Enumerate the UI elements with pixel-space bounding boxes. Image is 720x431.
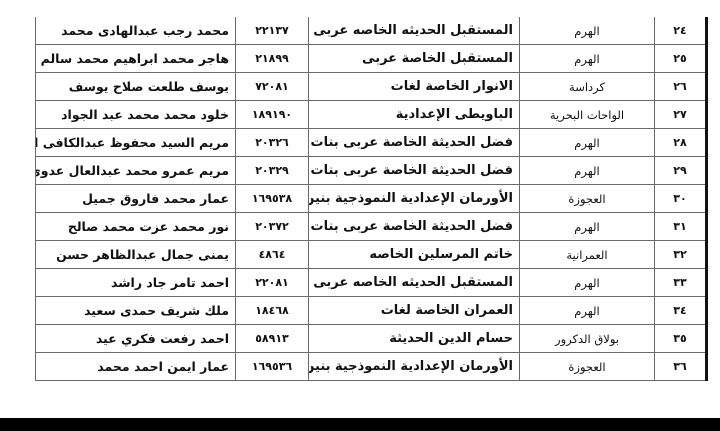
student-name-cell: خلود محمد محمد عبد الجواد: [36, 101, 236, 129]
seat-number-cell: ٧٢٠٨١: [236, 73, 309, 101]
table-row: ٢٦ كرداسة الانوار الخاصة لغات ٧٢٠٨١ يوسف…: [36, 73, 707, 101]
table-row: ٣٢ العمرانية خاتم المرسلين الخاصه ٤٨٦٤ ي…: [36, 241, 707, 269]
seat-number-cell: ٥٨٩١٣: [236, 325, 309, 353]
student-name-cell: محمد رجب عبدالهادى محمد: [36, 17, 236, 45]
row-index: ٣١: [655, 213, 707, 241]
row-index: ٢٥: [655, 45, 707, 73]
table-row: ٢٤ الهرم المستقبل الحديثه الخاصه عربى ٢٢…: [36, 17, 707, 45]
student-name-cell: يمنى جمال عبدالظاهر حسن: [36, 241, 236, 269]
seat-number-cell: ٢٠٣٢٦: [236, 129, 309, 157]
document-page: ٢٤ الهرم المستقبل الحديثه الخاصه عربى ٢٢…: [0, 0, 720, 418]
seat-number-cell: ٢٠٣٧٢: [236, 213, 309, 241]
area-cell: كرداسة: [520, 73, 655, 101]
area-cell: الهرم: [520, 129, 655, 157]
area-cell: العجوزة: [520, 353, 655, 381]
bottom-black-bar: [0, 418, 720, 431]
area-cell: بولاق الدكرور: [520, 325, 655, 353]
row-index: ٢٧: [655, 101, 707, 129]
school-cell: العمران الخاصة لغات: [309, 297, 520, 325]
row-index: ٣٣: [655, 269, 707, 297]
school-cell: فضل الحديثة الخاصة عربى بنات: [309, 213, 520, 241]
row-index: ٣٤: [655, 297, 707, 325]
table-row: ٣٥ بولاق الدكرور حسام الدين الحديثة ٥٨٩١…: [36, 325, 707, 353]
school-cell: فضل الحديثة الخاصة عربى بنات: [309, 157, 520, 185]
table-row: ٣٤ الهرم العمران الخاصة لغات ١٨٤٦٨ ملك ش…: [36, 297, 707, 325]
row-index: ٣٠: [655, 185, 707, 213]
student-name-cell: يوسف طلعت صلاح يوسف: [36, 73, 236, 101]
seat-number-cell: ٤٨٦٤: [236, 241, 309, 269]
student-name-cell: نور محمد عزت محمد صالح: [36, 213, 236, 241]
area-cell: الهرم: [520, 157, 655, 185]
row-index: ٢٤: [655, 17, 707, 45]
seat-number-cell: ٢٢٠٨١: [236, 269, 309, 297]
student-name-cell: احمد تامر جاد راشد: [36, 269, 236, 297]
student-name-cell: ملك شريف حمدى سعيد: [36, 297, 236, 325]
row-index: ٣٥: [655, 325, 707, 353]
student-name-cell: عمار محمد فاروق جميل: [36, 185, 236, 213]
seat-number-cell: ١٦٩٥٣٦: [236, 353, 309, 381]
area-cell: الواحات البحرية: [520, 101, 655, 129]
seat-number-cell: ١٨٤٦٨: [236, 297, 309, 325]
school-cell: المستقبل الحديثه الخاصه عربى: [309, 17, 520, 45]
table-row: ٢٧ الواحات البحرية الباويطى الإعدادية ١٨…: [36, 101, 707, 129]
school-cell: فضل الحديثة الخاصة عربى بنات: [309, 129, 520, 157]
student-name-cell: مريم السيد محفوظ عبدالكافى احمد: [36, 129, 236, 157]
seat-number-cell: ٢١٨٩٩: [236, 45, 309, 73]
row-index: ٣٢: [655, 241, 707, 269]
school-cell: المستقبل الخاصة عربى: [309, 45, 520, 73]
area-cell: العمرانية: [520, 241, 655, 269]
student-name-cell: عمار ايمن احمد محمد: [36, 353, 236, 381]
row-index: ٣٦: [655, 353, 707, 381]
table-row: ٣١ الهرم فضل الحديثة الخاصة عربى بنات ٢٠…: [36, 213, 707, 241]
row-index: ٢٩: [655, 157, 707, 185]
student-name-cell: احمد رفعت فكري عيد: [36, 325, 236, 353]
area-cell: العجوزة: [520, 185, 655, 213]
row-index: ٢٨: [655, 129, 707, 157]
seat-number-cell: ١٦٩٥٣٨: [236, 185, 309, 213]
area-cell: الهرم: [520, 213, 655, 241]
school-cell: الأورمان الإعدادية النموذجية بنين: [309, 185, 520, 213]
area-cell: الهرم: [520, 297, 655, 325]
student-name-cell: هاجر محمد ابراهيم محمد سالم: [36, 45, 236, 73]
school-cell: حسام الدين الحديثة: [309, 325, 520, 353]
student-name-cell: مريم عمرو محمد عبدالعال عدوى: [36, 157, 236, 185]
table-row: ٢٥ الهرم المستقبل الخاصة عربى ٢١٨٩٩ هاجر…: [36, 45, 707, 73]
table-row: ٢٩ الهرم فضل الحديثة الخاصة عربى بنات ٢٠…: [36, 157, 707, 185]
school-cell: خاتم المرسلين الخاصه: [309, 241, 520, 269]
area-cell: الهرم: [520, 269, 655, 297]
seat-number-cell: ١٨٩١٩٠: [236, 101, 309, 129]
table-row: ٣٠ العجوزة الأورمان الإعدادية النموذجية …: [36, 185, 707, 213]
seat-number-cell: ٢٠٣٢٩: [236, 157, 309, 185]
area-cell: الهرم: [520, 17, 655, 45]
school-cell: الانوار الخاصة لغات: [309, 73, 520, 101]
area-cell: الهرم: [520, 45, 655, 73]
school-cell: الباويطى الإعدادية: [309, 101, 520, 129]
table-row: ٣٦ العجوزة الأورمان الإعدادية النموذجية …: [36, 353, 707, 381]
results-table: ٢٤ الهرم المستقبل الحديثه الخاصه عربى ٢٢…: [35, 17, 708, 381]
school-cell: المستقبل الحديثه الخاصه عربى: [309, 269, 520, 297]
table-row: ٣٣ الهرم المستقبل الحديثه الخاصه عربى ٢٢…: [36, 269, 707, 297]
row-index: ٢٦: [655, 73, 707, 101]
seat-number-cell: ٢٢١٣٧: [236, 17, 309, 45]
table-row: ٢٨ الهرم فضل الحديثة الخاصة عربى بنات ٢٠…: [36, 129, 707, 157]
school-cell: الأورمان الإعدادية النموذجية بنين: [309, 353, 520, 381]
